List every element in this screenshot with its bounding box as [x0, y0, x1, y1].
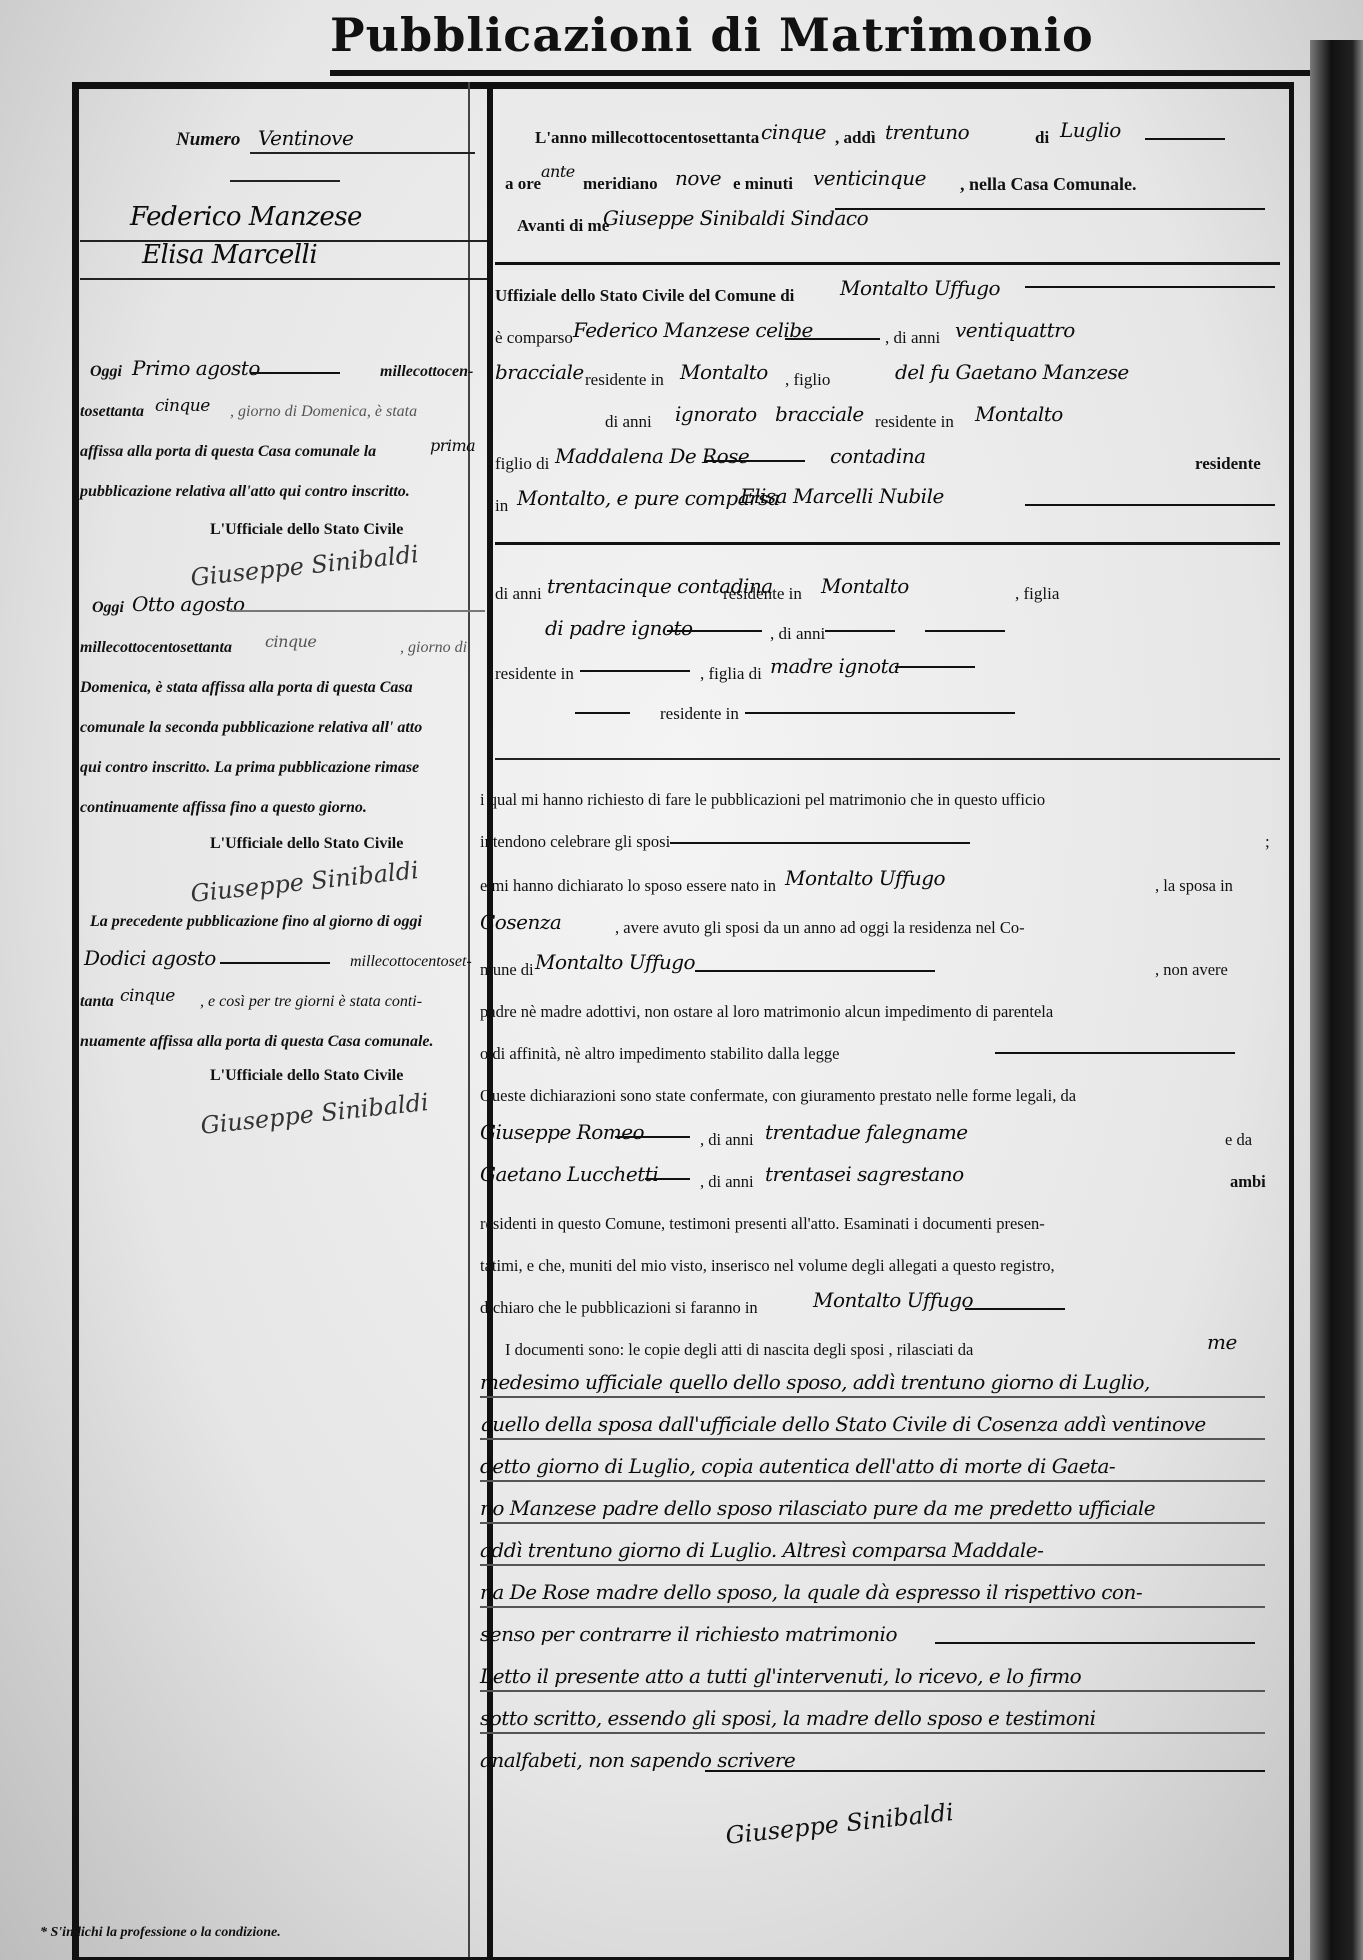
- names-rule-2: [80, 278, 487, 280]
- right-column: L'anno millecottocentosettanta cinque , …: [495, 90, 1280, 1945]
- officer-signature: Giuseppe Sinibaldi: [189, 540, 420, 592]
- blank-rule: [670, 842, 970, 844]
- handwritten-line: addì trentuno giorno di Luglio. Altresì …: [480, 1538, 1043, 1562]
- section-rule: [495, 262, 1280, 265]
- handwritten-groom-age: ventiquattro: [955, 318, 1075, 342]
- blank-rule: [695, 970, 935, 972]
- printed-text: continuamente affissa fino a questo gior…: [80, 798, 367, 818]
- handwritten-line: quello della sposa dall'ufficiale dello …: [480, 1412, 1206, 1436]
- printed-text: , nella Casa Comunale.: [960, 174, 1137, 194]
- printed-text: a ore: [505, 174, 541, 194]
- handwritten-bride-residence: Montalto: [821, 574, 909, 598]
- printed-text: ;: [1265, 832, 1270, 852]
- printed-text: in: [495, 496, 508, 516]
- writing-rule: [480, 1438, 1265, 1440]
- printed-text: affissa alla porta di questa Casa comuna…: [80, 442, 376, 462]
- handwritten-line: analfabeti, non sapendo scrivere: [480, 1748, 795, 1772]
- blank-rule: [705, 1770, 1265, 1772]
- blank-rule: [995, 1052, 1235, 1054]
- handwritten-groom-mother: Maddalena De Rose: [555, 444, 749, 468]
- handwritten-father-age: ignorato: [675, 402, 757, 426]
- handwritten-comune: Montalto Uffugo: [840, 276, 1000, 300]
- printed-text: e da: [1225, 1130, 1252, 1150]
- handwritten-day: trentuno: [885, 120, 969, 144]
- handwritten-month: Luglio: [1060, 118, 1121, 142]
- printed-text: , giorno di Domenica, è stata: [230, 402, 417, 422]
- handwritten-year: cinque: [761, 120, 826, 144]
- numero-rule: [250, 152, 475, 154]
- handwritten-publication-place: Montalto Uffugo: [813, 1288, 973, 1312]
- page-title: Pubblicazioni di Matrimonio: [330, 8, 1094, 62]
- printed-text: , figlia: [1015, 584, 1059, 604]
- handwritten-line: Letto il presente atto a tutti gl'interv…: [480, 1664, 1081, 1688]
- blank-rule: [667, 630, 762, 632]
- printed-text: , figlio: [785, 370, 830, 390]
- blank-rule: [575, 712, 630, 714]
- handwritten-bride-name: Elisa Marcelli Nubile: [740, 484, 944, 508]
- writing-rule: [480, 1690, 1265, 1692]
- blank-rule: [895, 666, 975, 668]
- handwritten-year: cinque: [120, 986, 175, 1006]
- handwritten-line: na De Rose madre dello sposo, la quale d…: [480, 1580, 1142, 1604]
- printed-text: o di affinità, nè altro impedimento stab…: [480, 1044, 839, 1064]
- printed-text: dichiaro che le pubblicazioni si faranno…: [480, 1298, 758, 1318]
- blank-rule: [1025, 286, 1275, 288]
- printed-text: i qual mi hanno richiesto di fare le pub…: [480, 790, 1045, 810]
- blank-rule: [1025, 504, 1275, 506]
- blank-rule: [220, 962, 330, 964]
- handwritten-witness-2-age: trentasei sagrestano: [765, 1162, 964, 1186]
- title-rule: [330, 70, 1320, 76]
- document-page: Pubblicazioni di Matrimonio Numero Venti…: [0, 0, 1363, 1960]
- printed-text: e minuti: [733, 174, 793, 194]
- blank-rule: [925, 630, 1005, 632]
- handwritten-ordinal: prima: [430, 436, 475, 455]
- officer-signature: Giuseppe Sinibaldi: [199, 1088, 430, 1140]
- handwritten-groom-residence: Montalto: [680, 360, 768, 384]
- printed-text: nuamente affissa alla porta di questa Ca…: [80, 1032, 434, 1052]
- blank-rule: [825, 630, 895, 632]
- printed-text: residente: [1195, 454, 1261, 474]
- handwritten-line: detto giorno di Luglio, copia autentica …: [480, 1454, 1115, 1478]
- printed-text: La precedente pubblicazione fino al gior…: [90, 912, 422, 932]
- numero-label: Numero: [176, 130, 240, 150]
- handwritten-text: me: [1207, 1330, 1237, 1354]
- blank-rule: [645, 1178, 690, 1180]
- handwritten-date: Otto agosto: [132, 592, 244, 616]
- handwritten-date: Primo agosto: [132, 356, 260, 380]
- handwritten-bride-birthplace: Cosenza: [480, 910, 561, 934]
- handwritten-bride-father: di padre ignoto: [545, 616, 693, 640]
- writing-rule: [480, 1522, 1265, 1524]
- printed-text: , e così per tre giorni è stata conti-: [200, 992, 422, 1012]
- printed-text: mune di: [480, 960, 534, 980]
- handwritten-father-profession: bracciale: [775, 402, 864, 426]
- officer-label: L'Ufficiale dello Stato Civile: [210, 1066, 403, 1086]
- section-rule: [495, 758, 1280, 760]
- handwritten-line: medesimo ufficiale quello dello sposo, a…: [480, 1370, 1150, 1394]
- printed-text: pubblicazione relativa all'atto qui cont…: [80, 482, 410, 502]
- blank-rule: [785, 338, 880, 340]
- handwritten-bride-mother: madre ignota: [770, 654, 900, 678]
- blank-rule: [745, 712, 1015, 714]
- left-column: Numero Ventinove Federico Manzese Elisa …: [80, 90, 487, 1945]
- handwritten-line: senso per contrarre il richiesto matrimo…: [480, 1622, 897, 1646]
- printed-text: qui contro inscritto. La prima pubblicaz…: [80, 758, 419, 778]
- printed-text: , di anni: [700, 1130, 754, 1150]
- bride-name: Elisa Marcelli: [142, 240, 317, 270]
- handwritten-date: Dodici agosto: [84, 946, 216, 970]
- printed-text: di: [1035, 128, 1049, 148]
- printed-text: Avanti di me: [517, 216, 609, 236]
- printed-text: millecottocentosettanta: [80, 638, 232, 658]
- writing-rule: [480, 1564, 1265, 1566]
- printed-text: residente in: [723, 584, 802, 604]
- officer-label: L'Ufficiale dello Stato Civile: [210, 520, 403, 540]
- officer-signature: Giuseppe Sinibaldi: [724, 1798, 955, 1850]
- numero-value: Ventinove: [258, 126, 353, 150]
- blank-rule: [935, 1642, 1255, 1644]
- footnote: * S'indichi la professione o la condizio…: [40, 1925, 281, 1941]
- printed-text: , di anni: [770, 624, 825, 644]
- printed-text: residente in: [875, 412, 954, 432]
- handwritten-minutes: venticinque: [813, 166, 926, 190]
- printed-text: di anni: [495, 584, 542, 604]
- handwritten-hour: nove: [675, 166, 721, 190]
- handwritten-witness-1: Giuseppe Romeo: [480, 1120, 644, 1144]
- printed-text: Domenica, è stata affissa alla porta di …: [80, 678, 413, 698]
- blank-rule: [230, 610, 485, 612]
- printed-text: , giorno di: [400, 638, 467, 658]
- blank-rule: [705, 460, 805, 462]
- printed-text: meridiano: [583, 174, 658, 194]
- printed-text: millecottocentoset-: [350, 952, 472, 972]
- handwritten-residence-comune: Montalto Uffugo: [535, 950, 695, 974]
- blank-rule: [580, 670, 690, 672]
- handwritten-line: sotto scritto, essendo gli sposi, la mad…: [480, 1706, 1096, 1730]
- book-binding-edge: [1310, 40, 1363, 1960]
- blank-rule: [835, 208, 1265, 210]
- printed-text: Oggi: [92, 598, 124, 618]
- printed-text: padre nè madre adottivi, non ostare al l…: [480, 1002, 1053, 1022]
- printed-text: e mi hanno dichiarato lo sposo essere na…: [480, 876, 776, 896]
- groom-name: Federico Manzese: [130, 202, 362, 232]
- printed-text: figlio di: [495, 454, 549, 474]
- printed-text: , la sposa in: [1155, 876, 1233, 896]
- printed-text: millecottocen-: [380, 362, 473, 382]
- printed-text: Uffiziale dello Stato Civile del Comune …: [495, 286, 794, 306]
- printed-text: residente in: [660, 704, 739, 724]
- printed-text: , di anni: [885, 328, 940, 348]
- handwritten-father-residence: Montalto: [975, 402, 1063, 426]
- handwritten-year: cinque: [265, 632, 316, 651]
- handwritten-witness-1-age: trentadue falegname: [765, 1120, 968, 1144]
- handwritten-groom-profession: bracciale: [495, 360, 584, 384]
- blank-rule: [1145, 138, 1225, 140]
- printed-text: è comparso: [495, 328, 573, 348]
- writing-rule: [480, 1732, 1265, 1734]
- blank-rule: [965, 1308, 1065, 1310]
- officer-signature: Giuseppe Sinibaldi: [189, 856, 420, 908]
- handwritten-ante: ante: [541, 162, 575, 181]
- handwritten-witness-2: Gaetano Lucchetti: [480, 1162, 658, 1186]
- printed-text: residente in: [495, 664, 574, 684]
- blank-rule: [615, 1136, 690, 1138]
- printed-text: di anni: [605, 412, 652, 432]
- officer-label: L'Ufficiale dello Stato Civile: [210, 834, 403, 854]
- printed-text: tanta: [80, 992, 114, 1012]
- printed-text: , non avere: [1155, 960, 1228, 980]
- blank-rule: [250, 372, 340, 374]
- printed-text: , di anni: [700, 1172, 754, 1192]
- printed-text: , addì: [835, 128, 876, 148]
- printed-text: tosettanta: [80, 402, 144, 422]
- writing-rule: [480, 1606, 1265, 1608]
- handwritten-officer: Giuseppe Sinibaldi Sindaco: [603, 206, 868, 230]
- handwritten-groom-name: Federico Manzese celibe: [573, 318, 813, 342]
- handwritten-groom-birthplace: Montalto Uffugo: [785, 866, 945, 890]
- printed-text: , figlia di: [700, 664, 762, 684]
- printed-text: comunale la seconda pubblicazione relati…: [80, 718, 422, 738]
- printed-text: Oggi: [90, 362, 122, 382]
- flourish-rule: [230, 180, 340, 182]
- printed-text: tatimi, e che, muniti del mio visto, ins…: [480, 1256, 1055, 1276]
- printed-text: residenti in questo Comune, testimoni pr…: [480, 1214, 1045, 1234]
- printed-text: intendono celebrare gli sposi: [480, 832, 670, 852]
- handwritten-mother-profession: contadina: [830, 444, 926, 468]
- handwritten-groom-father: del fu Gaetano Manzese: [895, 360, 1129, 384]
- handwritten-line: no Manzese padre dello sposo rilasciato …: [480, 1496, 1155, 1520]
- printed-text: L'anno millecottocentosettanta: [535, 128, 759, 148]
- printed-text: Queste dichiarazioni sono state conferma…: [480, 1086, 1076, 1106]
- printed-text: ambi: [1230, 1172, 1266, 1192]
- printed-text: , avere avuto gli sposi da un anno ad og…: [615, 918, 1025, 938]
- printed-text: I documenti sono: le copie degli atti di…: [505, 1340, 973, 1360]
- writing-rule: [480, 1396, 1265, 1398]
- handwritten-year: cinque: [155, 396, 210, 416]
- printed-text: residente in: [585, 370, 664, 390]
- writing-rule: [480, 1480, 1265, 1482]
- section-rule: [495, 542, 1280, 545]
